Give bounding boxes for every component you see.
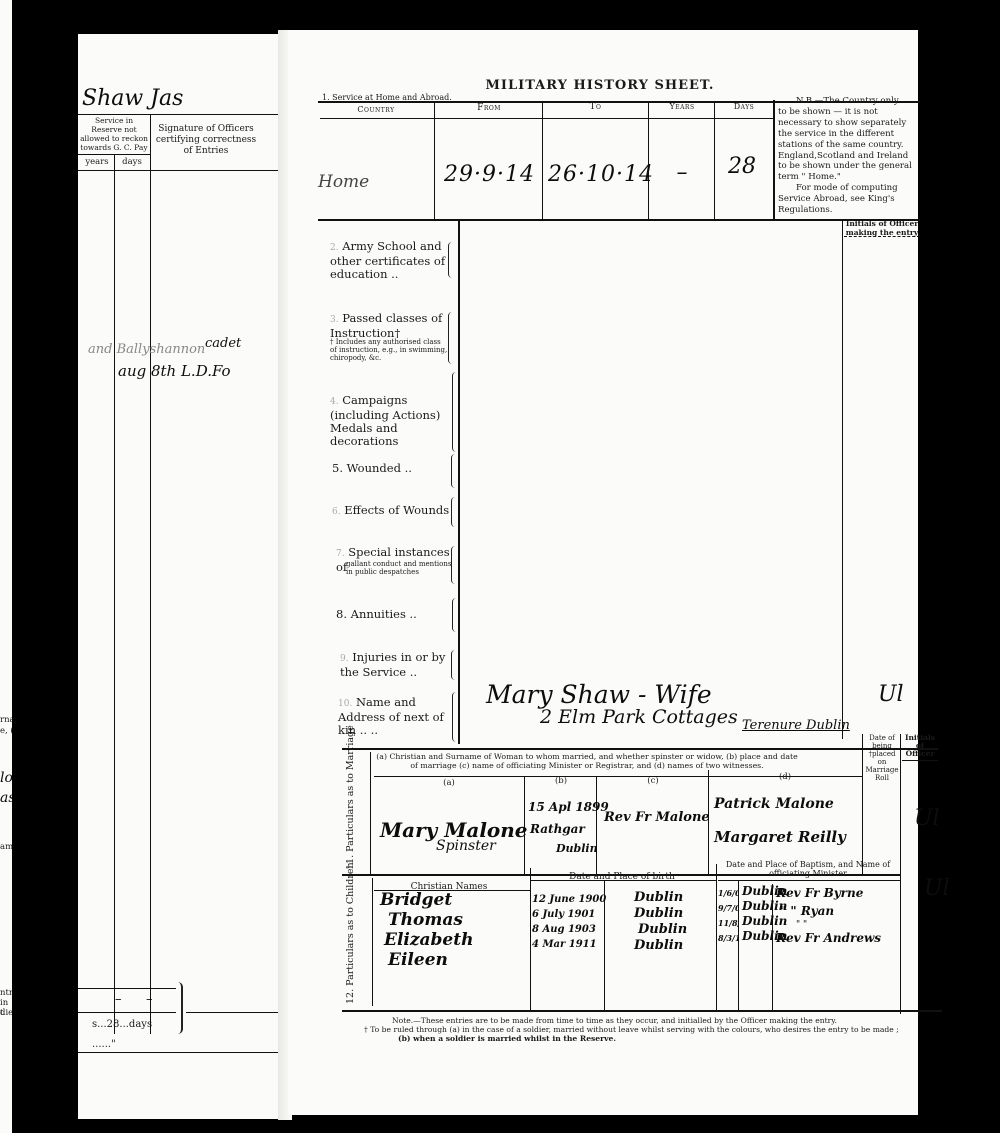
col-years: Years <box>650 102 714 111</box>
divider <box>318 219 920 221</box>
section-num: 10. <box>338 699 352 709</box>
brace <box>448 312 453 364</box>
brace <box>451 454 456 488</box>
divider <box>716 864 717 1010</box>
sliver-text-1: rnam <box>0 715 12 725</box>
brace <box>451 497 456 527</box>
section-label: Passed classes of Instruction† <box>330 311 442 340</box>
col-country: Country <box>320 105 432 114</box>
section-label: Wounded .. <box>347 461 412 475</box>
note-line: stations of the same country. <box>778 140 920 151</box>
child-birth-place: Dublin <box>634 906 687 922</box>
divider <box>320 118 775 119</box>
section-label: Injuries in or by the Service .. <box>340 650 445 679</box>
total-blank: ......" <box>92 1040 116 1050</box>
children-side-label: 12. Particulars as to Children <box>345 880 356 1004</box>
divider <box>542 102 543 220</box>
child-birth-place: Dublin <box>634 938 687 954</box>
divider <box>78 114 278 115</box>
child-name: Thomas <box>380 910 473 930</box>
sliver-text-5: ames <box>0 842 12 852</box>
children-baptism-dates: 1/6/00 9/7/01 11/8/03 8/3/11 <box>718 886 738 946</box>
section-label: Campaigns (including Actions) Medals and… <box>330 393 440 448</box>
left-entry-line3: aug 8th L.D.Fo <box>118 362 231 380</box>
section-num: 4. <box>330 397 339 407</box>
marriage-place1: Rathgar <box>530 822 585 836</box>
section-num: 6. <box>332 507 341 517</box>
divider <box>900 734 901 1014</box>
sliver-text-8: dier <box>0 1008 12 1018</box>
children-birth-places: Dublin Dublin Dublin Dublin <box>634 890 687 954</box>
children-list: Bridget Thomas Elizabeth Eileen <box>380 890 473 970</box>
divider <box>114 154 115 1034</box>
section-num: 5. <box>332 461 343 475</box>
left-page-surname: Shaw Jas <box>82 86 183 111</box>
child-birth-place: Dublin <box>634 922 687 938</box>
from-value: 29·9·14 <box>444 162 535 187</box>
divider <box>434 102 435 220</box>
section-effects-of-wounds: 6. Effects of Wounds <box>332 504 454 519</box>
divider <box>458 219 460 744</box>
divider <box>862 734 863 874</box>
divider <box>78 988 176 989</box>
section-num: 9. <box>340 654 349 664</box>
child-minister: " " <box>776 920 881 930</box>
section-campaigns: 4. Campaigns (including Actions) Medals … <box>330 394 450 448</box>
marriage-wife-status: Spinster <box>436 838 496 854</box>
divider <box>342 748 938 750</box>
child-baptism-date: 8/3/11 <box>718 931 738 946</box>
children-ministers: Rev Fr Byrne " " Ryan " " Rev Fr Andrews <box>776 884 881 946</box>
days-label: days <box>116 157 148 167</box>
reserve-service-header: Service in Reserve not allowed to reckon… <box>80 116 148 152</box>
divider <box>530 880 716 881</box>
divider <box>530 868 531 1010</box>
note-line: N.B.—The Country only <box>778 96 920 107</box>
reserve-years-dash: – <box>115 992 122 1007</box>
divider <box>78 1012 176 1013</box>
marriage-date: 15 Apl 1899 <box>528 800 609 814</box>
marriage-col-b: (b) <box>526 776 596 786</box>
col-from: From <box>436 103 542 113</box>
marriage-minister: Rev Fr Malone <box>604 810 710 825</box>
next-of-kin-name: Mary Shaw - Wife <box>486 680 712 709</box>
divider <box>186 1012 278 1013</box>
divider <box>372 878 373 1006</box>
marriage-col-a: (a) <box>374 778 524 788</box>
note-line: the service in the different <box>778 129 920 140</box>
divider <box>150 114 151 1034</box>
divider <box>648 102 649 220</box>
child-minister: Rev Fr Byrne <box>776 884 881 902</box>
divider <box>78 170 278 171</box>
child-baptism-date: 11/8/03 <box>718 916 738 931</box>
child-name: Elizabeth <box>380 930 473 950</box>
brace <box>448 242 453 278</box>
note-line: necessary to show separately <box>778 118 920 129</box>
marriage-side-label: 11. Particulars as to Marriage <box>345 756 356 870</box>
section-label: Annuities .. <box>351 607 417 621</box>
children-birth-dates: 12 June 1900 6 July 1901 8 Aug 1903 4 Ma… <box>532 892 604 952</box>
footer-dagger-b: (b) when a soldier is married whilst in … <box>398 1034 616 1043</box>
days-value: 28 <box>728 154 756 179</box>
reserve-days-dash: – <box>146 992 153 1007</box>
section-num: 8. <box>336 607 347 621</box>
section-label: Army School and other certificates of ed… <box>330 239 445 281</box>
note-line: to be shown — it is not <box>778 107 920 118</box>
divider <box>370 752 371 874</box>
next-of-kin-address2: Terenure Dublin <box>742 718 850 733</box>
child-minister: Rev Fr Andrews <box>776 930 881 946</box>
col-days: Days <box>716 102 772 111</box>
signature-header: Signature of Officers certifying correct… <box>152 124 260 157</box>
page-title: MILITARY HISTORY SHEET. <box>440 78 760 93</box>
marriage-witness1: Patrick Malone <box>714 796 834 812</box>
note-line: England,Scotland and Ireland <box>778 151 920 162</box>
note-line: to be shown under the general <box>778 161 920 172</box>
section-num: 2. <box>330 243 339 253</box>
sliver-text-3: lon <box>0 770 12 786</box>
left-entry-line1: and Ballyshannon <box>88 342 205 357</box>
marriage-col-d: (d) <box>710 772 860 782</box>
left-page <box>78 34 288 1119</box>
total-days: s...28...days <box>92 1020 152 1030</box>
marriage-header: (a) Christian and Surname of Woman to wh… <box>374 752 800 770</box>
marriage-witness2: Margaret Reilly <box>714 828 846 846</box>
child-minister: " " Ryan <box>776 902 881 920</box>
footer-note: Note.—These entries are to be made from … <box>392 1016 837 1025</box>
child-baptism-date: 1/6/00 <box>718 886 738 901</box>
divider <box>844 236 920 237</box>
section-passed-note: † Includes any authorised class of instr… <box>330 338 448 362</box>
sliver-text-6: ntries <box>0 988 12 998</box>
section-injuries: 9. Injuries in or by the Service .. <box>340 651 454 679</box>
brace <box>451 650 456 680</box>
note-line: Regulations. <box>778 205 920 216</box>
section-special-note: gallant conduct and mentions in public d… <box>346 560 452 576</box>
divider <box>902 760 938 761</box>
years-label: years <box>80 157 114 167</box>
years-value: – <box>650 160 714 185</box>
note-line: term " Home." <box>778 172 920 183</box>
children-col-baptism: Date and Place of Baptism, and Name of o… <box>718 860 898 878</box>
marriage-place2: Dublin <box>556 842 598 855</box>
divider <box>78 1052 278 1053</box>
children-initials: Ul <box>924 876 950 901</box>
child-birth-date: 4 Mar 1911 <box>532 937 604 952</box>
child-name: Eileen <box>380 950 473 970</box>
brace <box>452 372 457 452</box>
to-value: 26·10·14 <box>548 162 654 187</box>
divider <box>342 1010 942 1012</box>
note-line: Service Abroad, see King's <box>778 194 920 205</box>
marriage-roll-header: Date of being †placed on Marriage Roll <box>864 734 900 782</box>
nb-note: N.B.—The Country only to be shown — it i… <box>778 96 920 216</box>
marriage-initials-header: Initials of Officer <box>902 734 938 758</box>
marriage-initials: Ul <box>914 806 940 831</box>
child-baptism-date: 9/7/01 <box>718 901 738 916</box>
child-name: Bridget <box>380 890 473 910</box>
initials-header: Initials of Officer making the entry <box>844 220 920 237</box>
child-birth-date: 8 Aug 1903 <box>532 922 604 937</box>
brace <box>178 982 183 1034</box>
brace <box>452 692 457 742</box>
child-birth-date: 12 June 1900 <box>532 892 604 907</box>
note-line: For mode of computing <box>778 183 920 194</box>
brace <box>451 546 456 584</box>
section-label: Effects of Wounds <box>344 503 449 517</box>
divider <box>596 776 597 874</box>
section-annuities: 8. Annuities .. <box>336 608 454 621</box>
divider <box>718 880 900 881</box>
section-num: 7. <box>336 549 345 559</box>
col-to: To <box>543 102 648 112</box>
section-num: 3. <box>330 315 339 325</box>
sliver-text-2: e, ( <box>0 726 12 736</box>
section-passed-classes: 3. Passed classes of Instruction† <box>330 312 450 340</box>
next-of-kin-initials: Ul <box>878 682 904 707</box>
previous-page-edge <box>0 0 12 1133</box>
section-wounded: 5. Wounded .. <box>332 462 452 475</box>
divider <box>773 100 775 220</box>
section-army-school: 2. Army School and other certificates of… <box>330 240 450 281</box>
next-of-kin-address1: 2 Elm Park Cottages <box>540 706 738 728</box>
child-birth-date: 6 July 1901 <box>532 907 604 922</box>
brace <box>452 598 457 632</box>
footer-dagger-a: † To be ruled through (a) in the case of… <box>364 1025 899 1034</box>
sliver-text-4: ase <box>0 790 12 806</box>
marriage-col-c: (c) <box>598 776 708 786</box>
divider <box>714 102 715 220</box>
divider <box>738 880 739 1010</box>
child-birth-place: Dublin <box>634 890 687 906</box>
country-value: Home <box>318 172 369 192</box>
divider <box>842 219 843 739</box>
left-entry-line2: cadet <box>205 336 241 351</box>
